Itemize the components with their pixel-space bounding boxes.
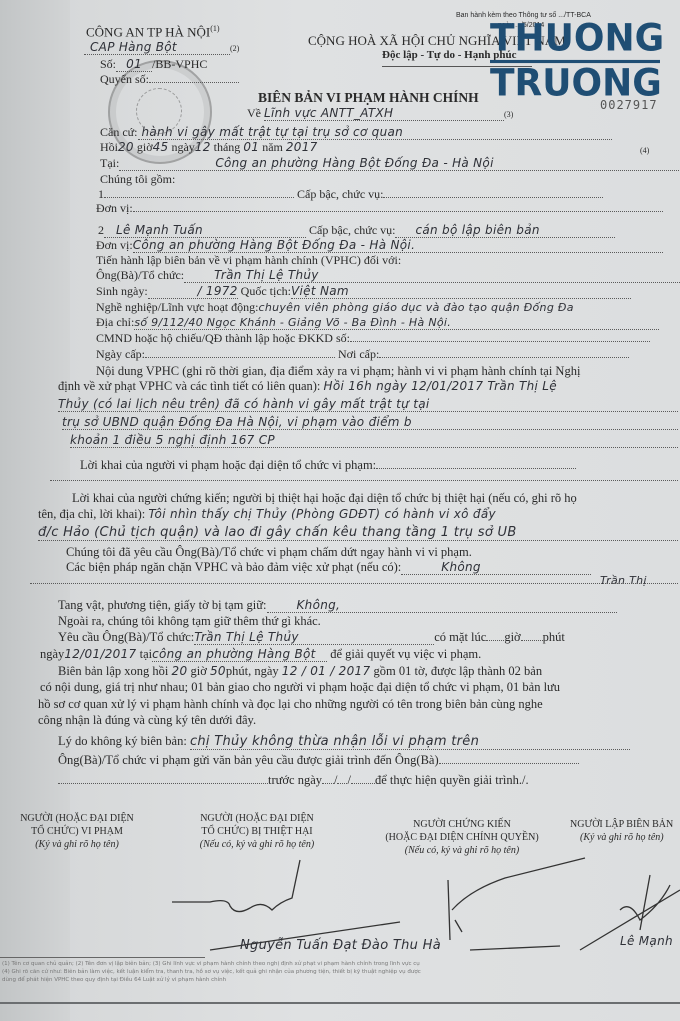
quyen-so-label: Quyển số: (100, 72, 149, 86)
issue-line: Ngày cấp: Nơi cấp: (96, 347, 629, 362)
unit-line: CAP Hàng Bột(2) (84, 40, 239, 55)
blank-line-2 (30, 583, 678, 584)
violation-hw-2: Thủy (có lai lịch nêu trên) đã có hành v… (58, 397, 678, 412)
margin-signature: Trần Thị (600, 574, 647, 587)
so-value: 01 (116, 57, 152, 72)
thuong-truong-watermark: THUONG TRUONG (490, 20, 664, 103)
violation-hw-1: Hồi 16h ngày 12/01/2017 Trần Thị Lệ (324, 379, 557, 393)
victim-signature-icon (172, 860, 300, 912)
id-value (350, 341, 650, 342)
hour-value: 20 (118, 140, 134, 154)
thang-label: tháng (214, 140, 241, 154)
ve-line: Về Lĩnh vực ANTT_ATXH(3) (247, 106, 513, 121)
copies-para-2: hồ sơ cơ quan xử lý vi phạm hành chính v… (38, 697, 543, 712)
violation-content-label2: định về xử phạt VPHC và các tình tiết có… (58, 379, 320, 393)
measures-label: Các biện pháp ngăn chặn VPHC và bảo đảm … (66, 560, 401, 574)
can-cu-line: Căn cứ:hành vi gây mất trật tự tại trụ s… (100, 125, 612, 140)
officer-2-name: Lê Mạnh Tuấn (104, 223, 306, 238)
refusal-reason-value: chị Thủy không thừa nhận lỗi vi phạm trê… (190, 734, 630, 750)
time-line: Hồi20 giờ45 ngày12 tháng 01 năm 2017 (100, 140, 318, 155)
footnote-2: (4) Ghi rõ căn cứ như: Biên bản làm việc… (2, 968, 680, 976)
explanation-line-1: Ông(Bà)/Tổ chức vi phạm gửi văn bản yêu … (58, 753, 579, 768)
completed-minute-label: phút, ngày (226, 664, 279, 678)
seized-items-label: Tang vật, phương tiện, giấy tờ bị tạm gi… (58, 598, 267, 612)
page-bottom-edge (0, 1002, 680, 1004)
violator-name-line: Ông(Bà)/Tổ chức:Trần Thị Lệ Thủy (96, 268, 680, 283)
appear-date-label: ngày (40, 647, 64, 661)
officer-1-line: 1 Cấp bậc, chức vụ: (98, 187, 603, 202)
agency-text: CÔNG AN TP HÀ NỘI (86, 24, 210, 39)
nationality-value: Việt Nam (291, 284, 631, 299)
completed-hour: 20 (172, 664, 188, 678)
witness-hw-1: Tôi nhìn thấy chị Thủy (Phòng GDĐT) có h… (148, 507, 495, 521)
quyen-so-line: Quyển số: (100, 72, 239, 87)
violator-name: Trần Thị Lệ Thủy (184, 268, 680, 283)
so-line: Số:01/BB-VPHC (100, 57, 207, 72)
unit-handwritten: CAP Hàng Bột (84, 40, 230, 55)
footnote-3: dùng để phát hiện VPHC theo quy định tại… (2, 976, 680, 984)
witness-signature-icon (448, 858, 585, 940)
explanation-before-date: trước ngày (268, 773, 322, 787)
explanation-line-2: trước ngày//để thực hiện quyền giải trìn… (58, 773, 529, 788)
tai-line: Tại:Công an phường Hàng Bột Đống Đa - Hà… (100, 156, 680, 171)
birth-label: Sinh ngày: (96, 284, 148, 298)
officer-1-unit-line: Đơn vị: (96, 201, 663, 216)
officer-1-unit-label: Đơn vị: (96, 201, 133, 215)
month-value: 01 (243, 140, 259, 154)
hoi-label: Hồi (100, 140, 118, 154)
copies-para-1: có nội dung, giá trị như nhau; 01 bản gi… (40, 680, 560, 695)
appear-place-value: công an phường Hàng Bột (152, 647, 327, 662)
document-title: BIÊN BẢN VI PHẠM HÀNH CHÍNH (258, 90, 479, 106)
address-line: Địa chỉ:số 9/112/40 Ngọc Khánh - Giảng V… (96, 315, 659, 330)
issue-date-value (145, 357, 335, 358)
occupation-line: Nghề nghiệp/Lĩnh vực hoạt động:chuyên vi… (96, 300, 574, 315)
note-3: (3) (504, 110, 513, 119)
appear-request-line: Yêu cầu Ông(Bà)/Tổ chức:Trần Thị Lệ Thủy… (58, 630, 565, 645)
signature-block-victim: NGƯỜI (HOẶC ĐẠI DIỆN TỔ CHỨC) BỊ THIỆT H… (172, 812, 342, 851)
gio-label: giờ (137, 140, 153, 154)
appear-date-value: 12/01/2017 (64, 647, 136, 661)
officer-1-rank-label: Cấp bậc, chức vụ: (297, 187, 383, 201)
appear-date-line: ngày12/01/2017 tạicông an phường Hàng Bộ… (40, 647, 481, 662)
signature-block-violator: NGƯỜI (HOẶC ĐẠI DIỆN TỔ CHỨC) VI PHẠM (K… (2, 812, 152, 851)
issue-place-label: Nơi cấp: (338, 347, 379, 361)
id-line: CMND hoặc hộ chiếu/QĐ thành lập hoặc ĐKK… (96, 331, 650, 346)
officer-2-line: 2Lê Mạnh Tuấn Cấp bậc, chức vụ:cán bộ lậ… (98, 223, 615, 238)
seized-items-value: Không, (267, 598, 617, 613)
signature-block-officer: NGƯỜI LẬP BIÊN BẢN (Ký và ghi rõ họ tên) (570, 818, 680, 844)
officer-1-unit (133, 211, 663, 212)
ve-value: Lĩnh vực ANTT_ATXH (264, 106, 504, 121)
birth-value: / 1972 (148, 284, 238, 299)
officer-1-name (104, 197, 294, 198)
no-other-seized: Ngoài ra, chúng tôi không tạm giữ thêm t… (58, 614, 321, 629)
violator-label: Ông(Bà)/Tổ chức: (96, 268, 184, 282)
violation-hw-3: trụ sở UBND quận Đống Đa Hà Nội, vi phạm… (62, 415, 678, 430)
witness-signed-name: Nguyễn Tuấn Đạt Đào Thu Hà (240, 938, 441, 953)
note-4: (4) (640, 146, 649, 155)
agency-note: (1) (210, 24, 219, 33)
sig-witness-title1: NGƯỜI CHỨNG KIẾN (362, 818, 562, 831)
quyen-so-value (149, 82, 239, 83)
year-value: 2017 (286, 140, 318, 154)
footnotes: (1) Tên cơ quan chủ quản; (2) Tên đơn vị… (0, 960, 680, 984)
witness-statement-line1: tên, địa chỉ, lời khai): Tôi nhìn thấy c… (38, 507, 496, 522)
appear-request-label: Yêu cầu Ông(Bà)/Tổ chức: (58, 630, 194, 644)
so-label: Số: (100, 57, 116, 71)
violation-hw-4: khoản 1 điều 5 nghị định 167 CP (70, 433, 678, 448)
occupation-label: Nghề nghiệp/Lĩnh vực hoạt động: (96, 300, 258, 314)
officer-2-rank: cán bộ lập biên bản (395, 223, 615, 238)
completed-line: Biên bản lập xong hồi 20 giờ 50phút, ngà… (58, 664, 542, 679)
officer-2-rank-label: Cấp bậc, chức vụ: (309, 223, 395, 237)
sig-officer-note: (Ký và ghi rõ họ tên) (570, 831, 680, 844)
sig-victim-title2: TỔ CHỨC) BỊ THIỆT HẠI (172, 825, 342, 838)
birth-line: Sinh ngày:/ 1972 Quốc tịch:Việt Nam (96, 284, 631, 299)
watermark-line1: THUONG (490, 20, 664, 58)
serial-number: 0027917 (600, 98, 658, 112)
ngay-label: ngày (171, 140, 194, 154)
sig-witness-title2: (HOẶC ĐẠI DIỆN CHÍNH QUYỀN) (362, 831, 562, 844)
appear-place-label: tại (140, 647, 153, 661)
tai-label: Tại: (100, 156, 119, 170)
appear-request-name: Trần Thị Lệ Thủy (194, 630, 434, 645)
tai-value: Công an phường Hàng Bột Đống Đa - Hà Nội (119, 156, 680, 171)
can-cu-label: Căn cứ: (100, 125, 138, 139)
appear-minute-label: phút (543, 630, 565, 644)
footnote-rule (0, 957, 205, 958)
nationality-label: Quốc tịch: (241, 284, 291, 298)
seized-items-line: Tang vật, phương tiện, giấy tờ bị tạm gi… (58, 598, 617, 613)
nam-label: năm (262, 140, 283, 154)
sig-violator-title2: TỔ CHỨC) VI PHẠM (2, 825, 152, 838)
tien-hanh: Tiến hành lập biên bản về vi phạm hành c… (96, 253, 401, 268)
completed-label: Biên bản lập xong hồi (58, 664, 168, 678)
violator-statement-line: Lời khai của người vi phạm hoặc đại diện… (80, 458, 576, 473)
day-value: 12 (195, 140, 211, 154)
agency-name: CÔNG AN TP HÀ NỘI(1) (86, 24, 220, 40)
address-value: số 9/112/40 Ngọc Khánh - Giảng Võ - Ba Đ… (134, 316, 659, 330)
officer-1-rank (383, 197, 603, 198)
chung-toi-gom: Chúng tôi gồm: (100, 172, 175, 187)
sig-victim-title1: NGƯỜI (HOẶC ĐẠI DIỆN (172, 812, 342, 825)
completed-minute: 50 (210, 664, 226, 678)
blank-line (50, 480, 678, 481)
refusal-reason-label: Lý do không ký biên bản: (58, 734, 187, 748)
officer-2-unit-label: Đơn vị: (96, 238, 133, 252)
address-label: Địa chỉ: (96, 315, 134, 329)
can-cu-value: hành vi gây mất trật tự tại trụ sở cơ qu… (138, 125, 612, 140)
violator-statement-label: Lời khai của người vi phạm hoặc đại diện… (80, 458, 376, 472)
explanation-text-1: Ông(Bà)/Tổ chức vi phạm gửi văn bản yêu … (58, 753, 439, 767)
date-sep-2: / (347, 773, 350, 787)
witness-statement-label2: tên, địa chỉ, lời khai): (38, 507, 145, 521)
officer-2-unit: Công an phường Hàng Bột Đống Đa - Hà Nội… (133, 238, 663, 253)
officer-signed-name: Lê Mạnh (620, 934, 673, 948)
footnote-1: (1) Tên cơ quan chủ quản; (2) Tên đơn vị… (2, 960, 680, 968)
explanation-tail: để thực hiện quyền giải trình./. (375, 773, 529, 787)
officer-2-unit-line: Đơn vị:Công an phường Hàng Bột Đống Đa -… (96, 238, 663, 253)
occupation-value: chuyên viên phòng giáo dục và đào tạo qu… (258, 301, 573, 314)
completed-tail: gồm 01 tờ, được lập thành 02 bản (374, 664, 543, 678)
appear-hour-label: giờ (504, 630, 520, 644)
date-sep-1: / (334, 773, 337, 787)
measures-line: Các biện pháp ngăn chặn VPHC và bảo đảm … (66, 560, 591, 575)
completed-date: 12 / 01 / 2017 (282, 664, 371, 678)
unit-note: (2) (230, 44, 239, 53)
witness-underline-stroke-2 (470, 946, 560, 950)
copies-para-3: công nhận là đúng và cùng ký tên dưới đâ… (38, 713, 256, 728)
stop-request: Chúng tôi đã yêu cầu Ông(Bà)/Tổ chức vi … (66, 545, 472, 560)
witness-hw-2: đ/c Hảo (Chủ tịch quận) và lao đi gây ch… (38, 525, 678, 541)
minute-value: 45 (153, 140, 169, 154)
ve-label: Về (247, 106, 261, 120)
id-label: CMND hoặc hộ chiếu/QĐ thành lập hoặc ĐKK… (96, 331, 350, 345)
witness-statement-label1: Lời khai của người chứng kiến; người bị … (72, 491, 577, 506)
refusal-reason-line: Lý do không ký biên bản: chị Thủy không … (58, 734, 630, 750)
violator-statement-value (376, 468, 576, 469)
appear-at-label: có mặt lúc (434, 630, 486, 644)
issue-date-label: Ngày cấp: (96, 347, 145, 361)
completed-hour-label: giờ (191, 664, 207, 678)
officer-1-num: 1 (98, 187, 104, 201)
measures-value: Không (401, 560, 591, 575)
violation-content-label1: Nội dung VPHC (ghi rõ thời gian, địa điể… (96, 364, 580, 379)
issue-place-value (379, 357, 629, 358)
sig-officer-title1: NGƯỜI LẬP BIÊN BẢN (570, 818, 680, 831)
appear-purpose: để giải quyết vụ việc vi phạm. (330, 647, 481, 661)
violation-content-line1: định về xử phạt VPHC và các tình tiết có… (58, 379, 557, 394)
sig-violator-title1: NGƯỜI (HOẶC ĐẠI DIỆN (2, 812, 152, 825)
so-suffix: /BB-VPHC (152, 57, 207, 71)
